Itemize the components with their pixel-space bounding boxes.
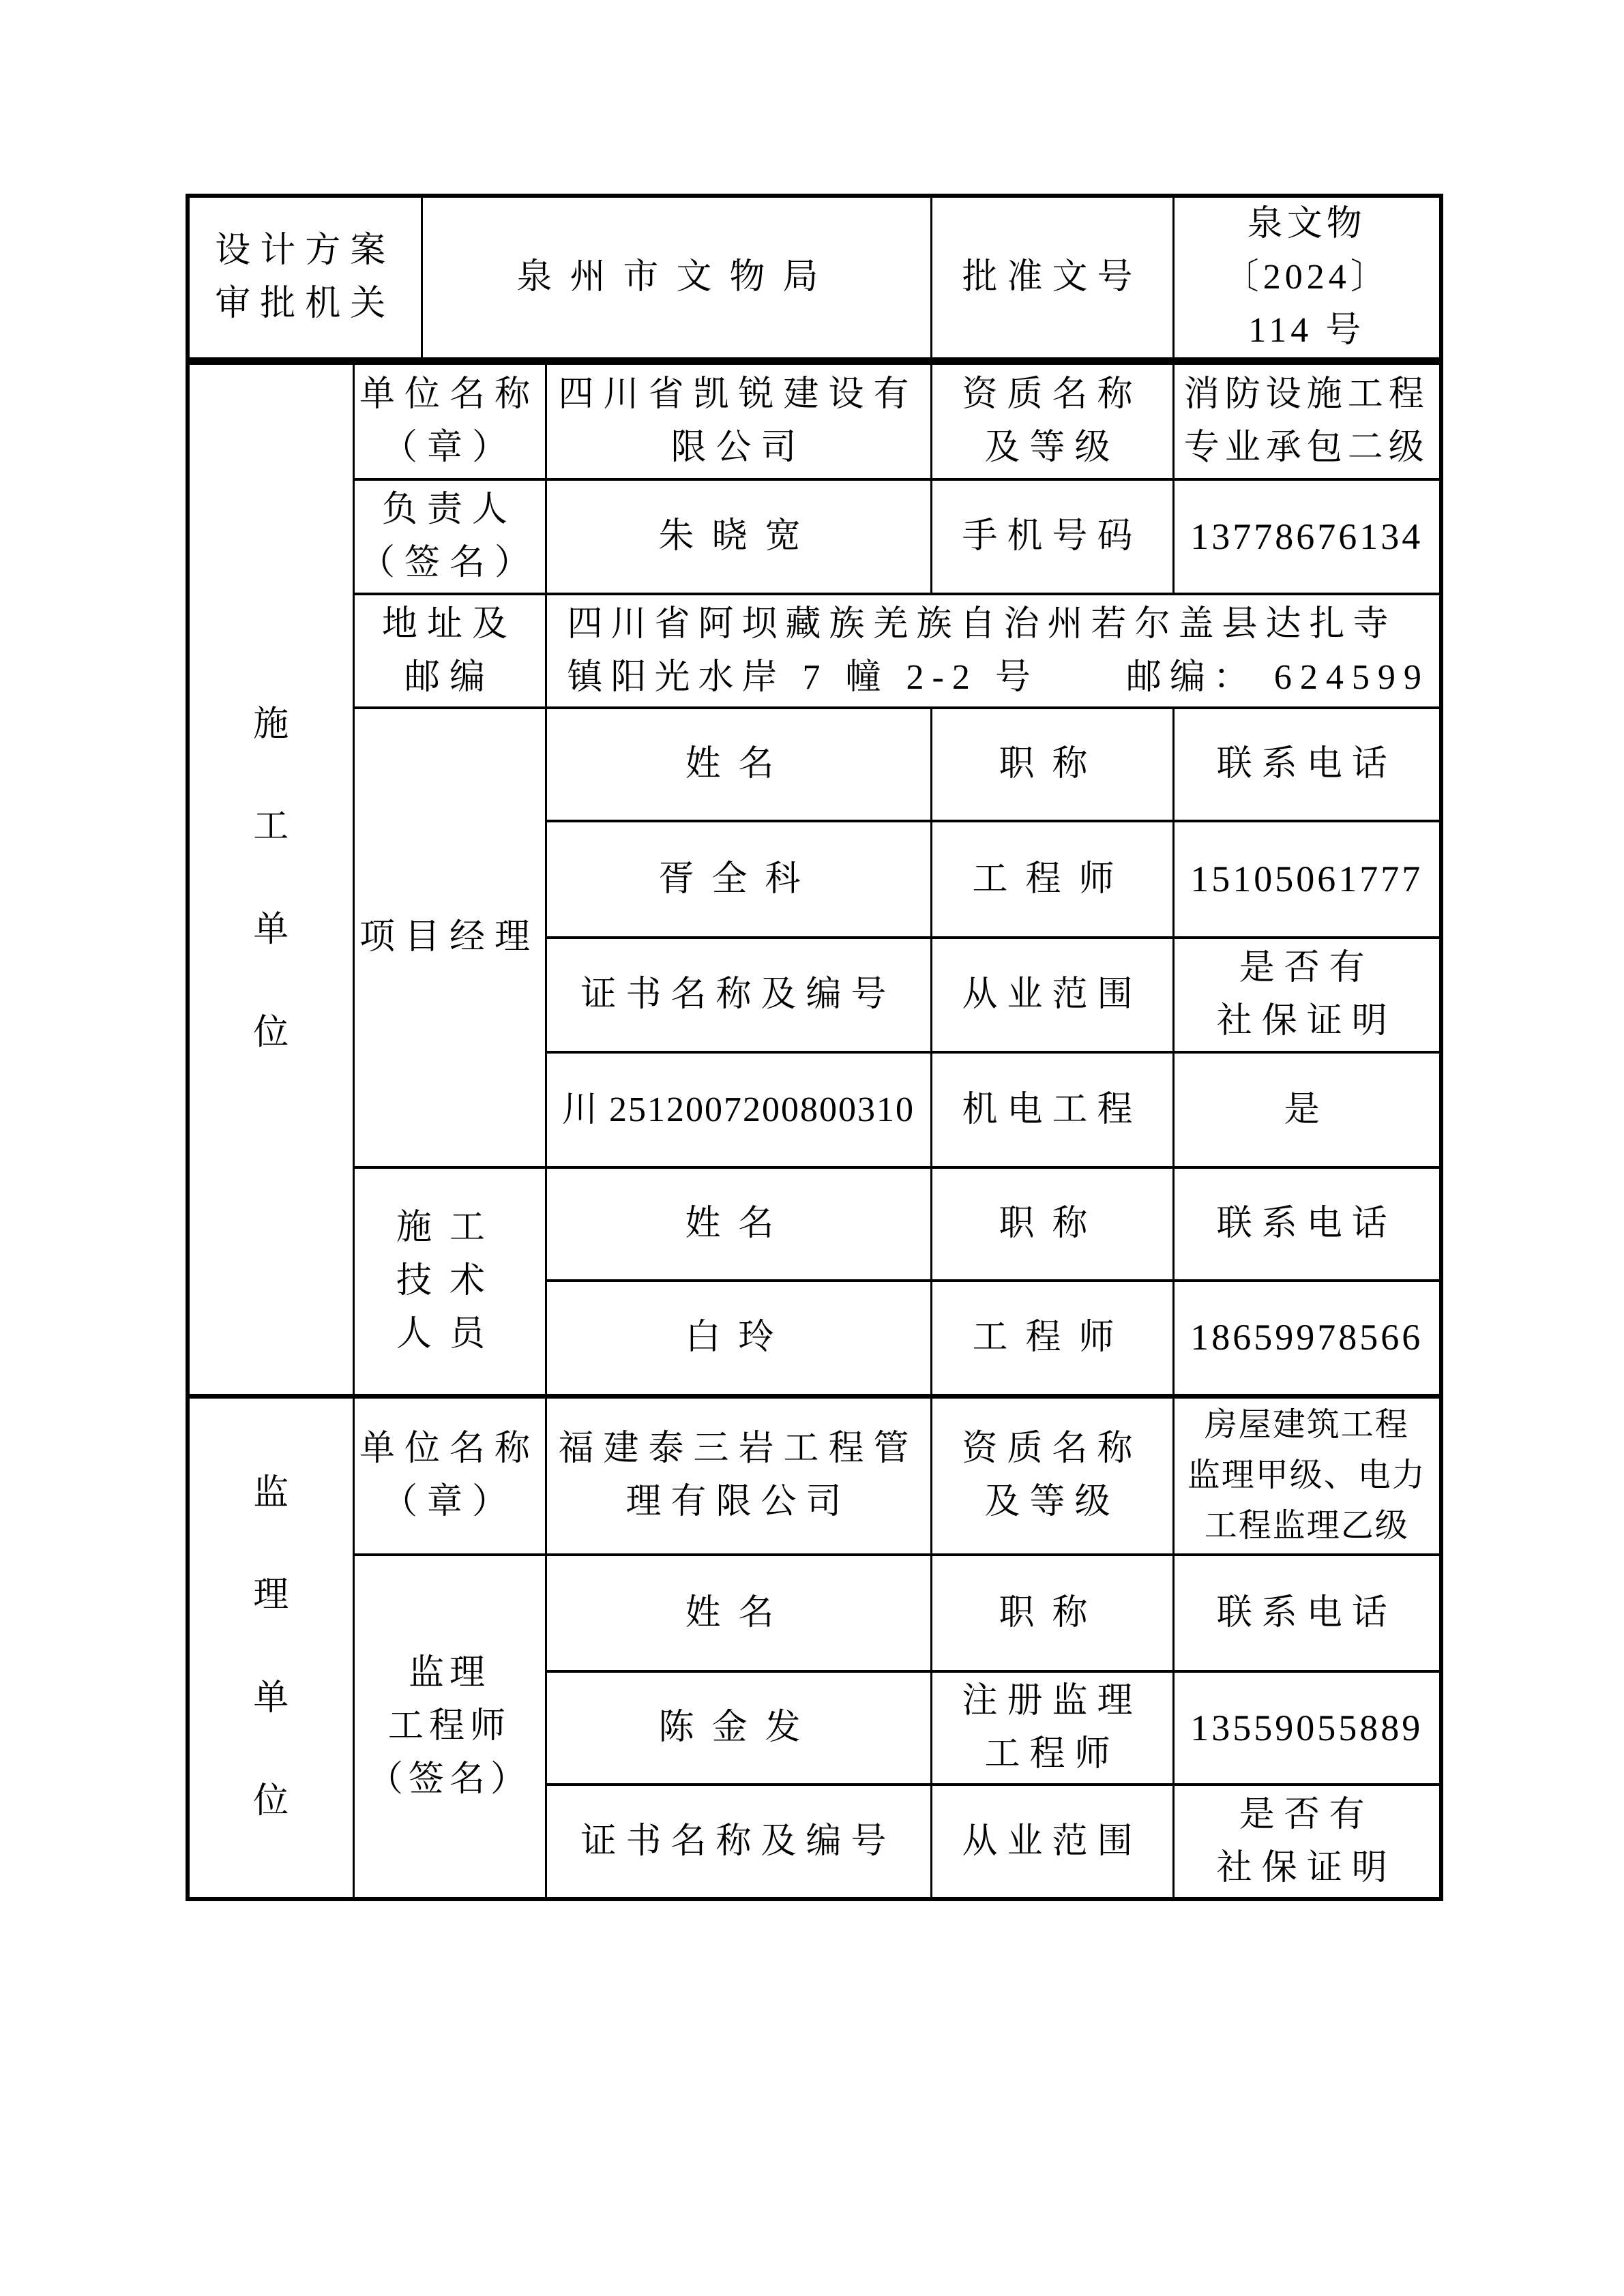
supervision-engineer-phone: 13559055889 <box>1173 1671 1441 1785</box>
supervision-title-header: 职称 <box>931 1555 1173 1671</box>
construction-qualification-label: 资质名称 及等级 <box>931 363 1173 479</box>
pm-cert-header: 证书名称及编号 <box>546 938 931 1052</box>
tech-phone-header: 联系电话 <box>1173 1167 1441 1281</box>
pm-social-security-header: 是否有 社保证明 <box>1173 938 1441 1052</box>
construction-address-row: 地址及 邮编 四川省阿坝藏族羌族自治州若尔盖县达扎寺 镇阳光水岸 7 幢 2-2… <box>188 594 1441 708</box>
pm-phone-value: 15105061777 <box>1173 821 1441 938</box>
tech-name-header: 姓名 <box>546 1167 931 1281</box>
supervision-name-header: 姓名 <box>546 1555 931 1671</box>
approval-row: 设计方案 审批机关 泉州市文物局 批准文号 泉文物〔2024〕 114 号 <box>188 196 1441 360</box>
supervision-phone-header: 联系电话 <box>1173 1555 1441 1671</box>
supervision-qualification-label: 资质名称 及等级 <box>931 1396 1173 1555</box>
pm-scope-value: 机电工程 <box>931 1052 1173 1167</box>
supervision-unit-name-row: 监 理 单 位 单位名称 （章） 福建泰三岩工程管 理有限公司 资质名称 及等级… <box>188 1396 1441 1555</box>
pm-phone-header: 联系电话 <box>1173 708 1441 821</box>
supervision-engineer-name: 陈金发 <box>546 1671 931 1785</box>
supervision-engineer-title: 注册监理 工程师 <box>931 1671 1173 1785</box>
tech-title-value: 工程师 <box>931 1281 1173 1396</box>
pm-scope-header: 从业范围 <box>931 938 1173 1052</box>
construction-unit-name-row: 施 工 单 位 单位名称 （章） 四川省凯锐建设有 限公司 资质名称 及等级 消… <box>188 363 1441 479</box>
construction-principal-name: 朱晓宽 <box>546 479 931 594</box>
supervision-unit-section-label: 监 理 单 位 <box>188 1396 353 1899</box>
design-approval-authority-value: 泉州市文物局 <box>422 196 931 360</box>
pm-title-header: 职称 <box>931 708 1173 821</box>
units-table: 施 工 单 位 单位名称 （章） 四川省凯锐建设有 限公司 资质名称 及等级 消… <box>186 362 1443 1901</box>
construction-unit-name-value: 四川省凯锐建设有 限公司 <box>546 363 931 479</box>
construction-mobile-label: 手机号码 <box>931 479 1173 594</box>
tech-staff-header-row: 施工 技术 人员 姓名 职称 联系电话 <box>188 1167 1441 1281</box>
approval-form-table: 设计方案 审批机关 泉州市文物局 批准文号 泉文物〔2024〕 114 号 施 … <box>186 194 1439 1901</box>
construction-principal-row: 负责人 （签名） 朱晓宽 手机号码 13778676134 <box>188 479 1441 594</box>
construction-address-value: 四川省阿坝藏族羌族自治州若尔盖县达扎寺 镇阳光水岸 7 幢 2-2 号 邮编： … <box>546 594 1441 708</box>
supervision-unit-name-label: 单位名称 （章） <box>353 1396 546 1555</box>
pm-social-security-value: 是 <box>1173 1052 1441 1167</box>
pm-title-value: 工程师 <box>931 821 1173 938</box>
supervision-scope-header: 从业范围 <box>931 1785 1173 1899</box>
supervision-engineer-header-row: 监理 工程师 （签名） 姓名 职称 联系电话 <box>188 1555 1441 1671</box>
supervision-cert-header: 证书名称及编号 <box>546 1785 931 1899</box>
project-manager-header-row: 项目经理 姓名 职称 联系电话 <box>188 708 1441 821</box>
construction-qualification-value: 消防设施工程 专业承包二级 <box>1173 363 1441 479</box>
construction-address-label: 地址及 邮编 <box>353 594 546 708</box>
tech-title-header: 职称 <box>931 1167 1173 1281</box>
construction-principal-label: 负责人 （签名） <box>353 479 546 594</box>
construction-unit-name-label: 单位名称 （章） <box>353 363 546 479</box>
supervision-qualification-value: 房屋建筑工程 监理甲级、电力 工程监理乙级 <box>1173 1396 1441 1555</box>
construction-mobile-value: 13778676134 <box>1173 479 1441 594</box>
document-page: 设计方案 审批机关 泉州市文物局 批准文号 泉文物〔2024〕 114 号 施 … <box>0 0 1624 2296</box>
tech-staff-group-label: 施工 技术 人员 <box>353 1167 546 1396</box>
approval-doc-no-label: 批准文号 <box>931 196 1173 360</box>
design-approval-authority-label: 设计方案 审批机关 <box>188 196 422 360</box>
tech-phone-value: 18659978566 <box>1173 1281 1441 1396</box>
supervision-social-security-header: 是否有 社保证明 <box>1173 1785 1441 1899</box>
approval-row-table: 设计方案 审批机关 泉州市文物局 批准文号 泉文物〔2024〕 114 号 <box>186 194 1443 362</box>
supervision-unit-name-value: 福建泰三岩工程管 理有限公司 <box>546 1396 931 1555</box>
approval-doc-no-value: 泉文物〔2024〕 114 号 <box>1173 196 1441 360</box>
tech-name-value: 白玲 <box>546 1281 931 1396</box>
construction-unit-section-label: 施 工 单 位 <box>188 363 353 1396</box>
supervision-engineer-group-label: 监理 工程师 （签名） <box>353 1555 546 1899</box>
pm-name-value: 胥全科 <box>546 821 931 938</box>
project-manager-group-label: 项目经理 <box>353 708 546 1167</box>
pm-cert-value: 川 2512007200800310 <box>546 1052 931 1167</box>
pm-name-header: 姓名 <box>546 708 931 821</box>
